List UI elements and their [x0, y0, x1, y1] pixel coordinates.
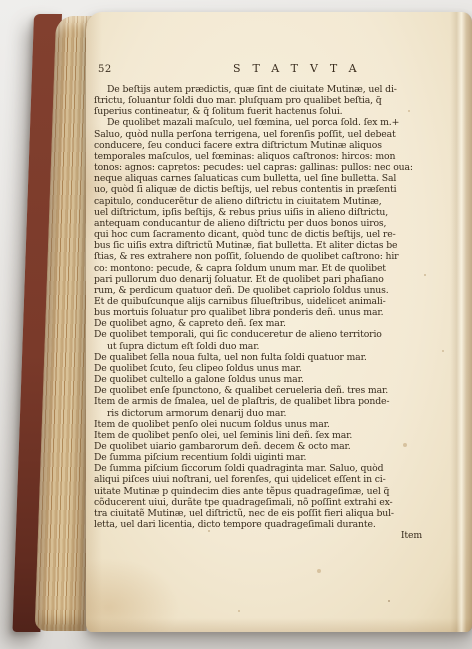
book-page: 52 STATVTA De beſtijs autem prædictis, q… — [86, 12, 472, 632]
text-line: rum, & perdicum quatuor deñ. De quolibet… — [94, 285, 435, 296]
text-line: De quolibet temporali, qui ſic conducere… — [94, 329, 435, 340]
text-line: aliqui piſces uiui noſtrani, uel forenſe… — [94, 474, 435, 485]
text-line: Item de quolibet penſo olei, uel ſeminis… — [94, 430, 435, 441]
text-line: De quolibet ſcuto, ſeu clipeo ſoldus unu… — [94, 363, 435, 374]
text-line: uo, quòd ſi aliquæ de dictis beſtijs, ue… — [94, 184, 435, 195]
text-line: Item de quolibet penſo olei nucum ſoldus… — [94, 419, 435, 430]
text-line: ſtias, & res extrahere non poſſit, ſolue… — [94, 251, 435, 262]
text-line: neque aliquas carnes ſaluaticas cum bull… — [94, 173, 435, 184]
gutter-page-curve — [450, 12, 472, 632]
text-line: qui hoc cum ſacramento dicant, quòd tunc… — [94, 229, 435, 240]
text-line: De quolibet uiario gambarorum deñ. decem… — [94, 441, 435, 452]
text-line: De ſumma piſcium recentium ſoldi uiginti… — [94, 452, 435, 463]
text-line: uitate Mutinæ p quindecim dies ante tẽpu… — [94, 486, 435, 497]
text-line: antequam conducantur de alieno diſtrictu… — [94, 218, 435, 229]
photo-background: 52 STATVTA De beſtijs autem prædictis, q… — [0, 0, 472, 649]
text-line: De qualibet ſella noua fulta, uel non fu… — [94, 352, 435, 363]
catchword: Item — [94, 530, 435, 541]
text-line: uel diſtrictum, ipſis beſtijs, & rebus p… — [94, 207, 435, 218]
foxing-spots — [86, 12, 88, 14]
text-line: ut ſupra dictum eſt ſoldi duo mar. — [94, 341, 435, 352]
text-line: capitulo, conducerẽtur de alieno diſtric… — [94, 196, 435, 207]
text-line: co: montono: pecude, & capra ſoldum unum… — [94, 263, 435, 274]
text-line: bus ſic uiſis extra diſtrictũ Mutinæ, fi… — [94, 240, 435, 251]
page-number: 52 — [98, 64, 112, 75]
text-line: ris dictorum armorum denarij duo mar. — [94, 408, 435, 419]
text-line: tra ciuitatẽ Mutinæ, uel diſtrictũ, nec … — [94, 508, 435, 519]
text-line: pari pullorum duo denarij ſoluatur. Et d… — [94, 274, 435, 285]
text-line: De quolibet cultello a galone ſoldus unu… — [94, 374, 435, 385]
text-line: De quolibet enſe ſpunctono, & qualibet c… — [94, 385, 435, 396]
text-line: De beſtijs autem prædictis, quæ ſint de … — [94, 84, 435, 95]
text-line: conducere, ſeu conduci facere extra diſt… — [94, 140, 435, 151]
text-line: letta, uel dari licentia, dicto tempore … — [94, 519, 435, 530]
text-line: Item de armis de ſmalea, uel de plaſtris… — [94, 396, 435, 407]
text-line: temporales maſculos, uel fœminas: aliquo… — [94, 151, 435, 162]
text-line: ſuperius contineatur, & q̃ ſolitum fueri… — [94, 106, 435, 117]
running-title: STATVTA — [233, 62, 369, 75]
text-line: ſtrictu, ſoluantur ſoldi duo mar. pluſqu… — [94, 95, 435, 106]
text-line: De quolibet mazali maſculo, uel fœmina, … — [94, 117, 435, 128]
text-line: Et de quibuſcunque alijs carnibus ſilueſ… — [94, 296, 435, 307]
text-line: bus mortuis ſoluatur pro qualibet libra … — [94, 307, 435, 318]
text-block: De beſtijs autem prædictis, quæ ſint de … — [94, 84, 435, 541]
text-line: De quolibet agno, & capreto deñ. ſex mar… — [94, 318, 435, 329]
text-line: tonos: agnos: capretos: pecudes: uel cap… — [94, 162, 435, 173]
text-line: cõducerent uiui, durãte tpe quadrageſima… — [94, 497, 435, 508]
text-line: Saluo, quòd nulla perſona terrigena, uel… — [94, 129, 435, 140]
text-line: De ſumma piſcium ſiccorum ſoldi quadragi… — [94, 463, 435, 474]
